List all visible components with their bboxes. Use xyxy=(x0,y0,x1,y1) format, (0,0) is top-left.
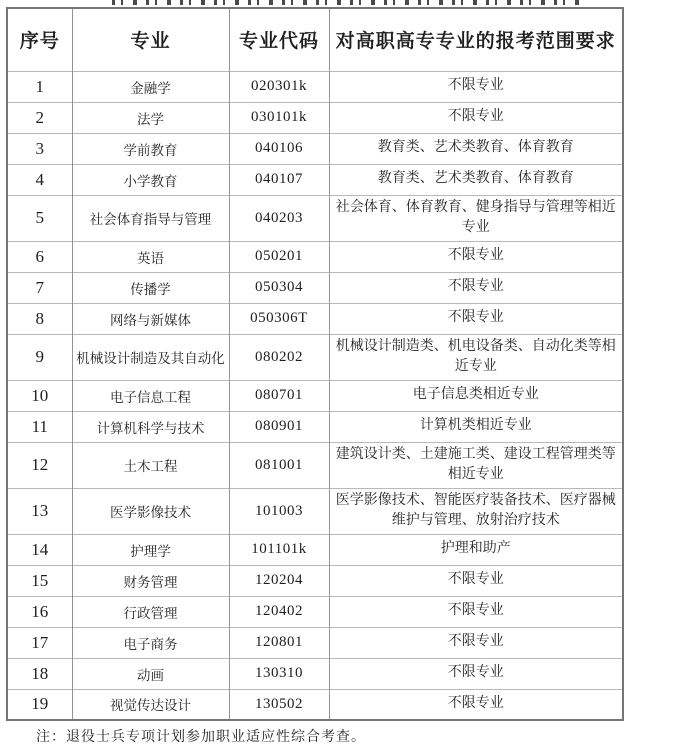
row-number-cell: 4 xyxy=(7,164,72,195)
code-cell: 120402 xyxy=(229,596,329,627)
scope-cell: 不限专业 xyxy=(329,102,623,133)
scope-cell: 电子信息类相近专业 xyxy=(329,380,623,411)
table-row: 15 财务管理 120204 不限专业 xyxy=(7,565,623,596)
scope-cell: 不限专业 xyxy=(329,71,623,102)
code-cell: 101003 xyxy=(229,488,329,534)
col-header-scope: 对高职高专专业的报考范围要求 xyxy=(329,8,623,71)
major-cell: 传播学 xyxy=(72,272,229,303)
row-number-cell: 3 xyxy=(7,133,72,164)
clipped-title-remnant xyxy=(112,0,588,5)
table-row: 6 英语 050201 不限专业 xyxy=(7,241,623,272)
code-cell: 080202 xyxy=(229,334,329,380)
major-cell: 护理学 xyxy=(72,534,229,565)
major-cell: 小学教育 xyxy=(72,164,229,195)
header-row: 序号 专业 专业代码 对高职高专专业的报考范围要求 xyxy=(7,8,623,71)
table-row: 11 计算机科学与技术 080901 计算机类相近专业 xyxy=(7,411,623,442)
row-number-cell: 1 xyxy=(7,71,72,102)
major-cell: 机械设计制造及其自动化 xyxy=(72,334,229,380)
table-row: 1 金融学 020301k 不限专业 xyxy=(7,71,623,102)
major-cell: 财务管理 xyxy=(72,565,229,596)
scope-cell: 不限专业 xyxy=(329,272,623,303)
scope-cell: 护理和助产 xyxy=(329,534,623,565)
code-cell: 050306T xyxy=(229,303,329,334)
code-cell: 050304 xyxy=(229,272,329,303)
table-row: 4 小学教育 040107 教育类、艺术类教育、体育教育 xyxy=(7,164,623,195)
code-cell: 050201 xyxy=(229,241,329,272)
row-number-cell: 11 xyxy=(7,411,72,442)
major-cell: 医学影像技术 xyxy=(72,488,229,534)
code-cell: 040107 xyxy=(229,164,329,195)
table-row: 17 电子商务 120801 不限专业 xyxy=(7,627,623,658)
table-row: 19 视觉传达设计 130502 不限专业 xyxy=(7,689,623,720)
major-cell: 视觉传达设计 xyxy=(72,689,229,720)
row-number-cell: 16 xyxy=(7,596,72,627)
majors-requirements-table: 序号 专业 专业代码 对高职高专专业的报考范围要求 1 金融学 020301k … xyxy=(6,7,624,721)
major-cell: 社会体育指导与管理 xyxy=(72,195,229,241)
row-number-cell: 6 xyxy=(7,241,72,272)
row-number-cell: 19 xyxy=(7,689,72,720)
table-row: 7 传播学 050304 不限专业 xyxy=(7,272,623,303)
scope-cell: 医学影像技术、智能医疗装备技术、医疗器械维护与管理、放射治疗技术 xyxy=(329,488,623,534)
scope-cell: 计算机类相近专业 xyxy=(329,411,623,442)
footnote: 注：退役士兵专项计划参加职业适应性综合考查。 xyxy=(36,726,366,746)
scope-cell: 社会体育、体育教育、健身指导与管理等相近专业 xyxy=(329,195,623,241)
row-number-cell: 8 xyxy=(7,303,72,334)
table-row: 13 医学影像技术 101003 医学影像技术、智能医疗装备技术、医疗器械维护与… xyxy=(7,488,623,534)
table-row: 9 机械设计制造及其自动化 080202 机械设计制造类、机电设备类、自动化类等… xyxy=(7,334,623,380)
row-number-cell: 18 xyxy=(7,658,72,689)
scope-cell: 建筑设计类、土建施工类、建设工程管理类等相近专业 xyxy=(329,442,623,488)
code-cell: 081001 xyxy=(229,442,329,488)
major-cell: 行政管理 xyxy=(72,596,229,627)
row-number-cell: 14 xyxy=(7,534,72,565)
major-cell: 英语 xyxy=(72,241,229,272)
table-row: 2 法学 030101k 不限专业 xyxy=(7,102,623,133)
major-cell: 动画 xyxy=(72,658,229,689)
row-number-cell: 5 xyxy=(7,195,72,241)
major-cell: 电子商务 xyxy=(72,627,229,658)
scope-cell: 不限专业 xyxy=(329,303,623,334)
table-row: 5 社会体育指导与管理 040203 社会体育、体育教育、健身指导与管理等相近专… xyxy=(7,195,623,241)
scope-cell: 不限专业 xyxy=(329,565,623,596)
row-number-cell: 13 xyxy=(7,488,72,534)
col-header-code: 专业代码 xyxy=(229,8,329,71)
table-row: 3 学前教育 040106 教育类、艺术类教育、体育教育 xyxy=(7,133,623,164)
scope-cell: 机械设计制造类、机电设备类、自动化类等相近专业 xyxy=(329,334,623,380)
major-cell: 计算机科学与技术 xyxy=(72,411,229,442)
major-cell: 学前教育 xyxy=(72,133,229,164)
major-cell: 法学 xyxy=(72,102,229,133)
code-cell: 120204 xyxy=(229,565,329,596)
code-cell: 130310 xyxy=(229,658,329,689)
row-number-cell: 10 xyxy=(7,380,72,411)
scope-cell: 不限专业 xyxy=(329,658,623,689)
table-row: 16 行政管理 120402 不限专业 xyxy=(7,596,623,627)
row-number-cell: 9 xyxy=(7,334,72,380)
table-row: 8 网络与新媒体 050306T 不限专业 xyxy=(7,303,623,334)
table-row: 14 护理学 101101k 护理和助产 xyxy=(7,534,623,565)
code-cell: 080901 xyxy=(229,411,329,442)
code-cell: 020301k xyxy=(229,71,329,102)
scope-cell: 不限专业 xyxy=(329,627,623,658)
code-cell: 080701 xyxy=(229,380,329,411)
code-cell: 120801 xyxy=(229,627,329,658)
code-cell: 040106 xyxy=(229,133,329,164)
major-cell: 土木工程 xyxy=(72,442,229,488)
major-cell: 金融学 xyxy=(72,71,229,102)
row-number-cell: 7 xyxy=(7,272,72,303)
code-cell: 040203 xyxy=(229,195,329,241)
row-number-cell: 2 xyxy=(7,102,72,133)
code-cell: 130502 xyxy=(229,689,329,720)
code-cell: 030101k xyxy=(229,102,329,133)
scope-cell: 不限专业 xyxy=(329,689,623,720)
table-row: 18 动画 130310 不限专业 xyxy=(7,658,623,689)
col-header-no: 序号 xyxy=(7,8,72,71)
scope-cell: 不限专业 xyxy=(329,241,623,272)
row-number-cell: 17 xyxy=(7,627,72,658)
major-cell: 电子信息工程 xyxy=(72,380,229,411)
scope-cell: 教育类、艺术类教育、体育教育 xyxy=(329,164,623,195)
col-header-major: 专业 xyxy=(72,8,229,71)
scope-cell: 不限专业 xyxy=(329,596,623,627)
row-number-cell: 12 xyxy=(7,442,72,488)
row-number-cell: 15 xyxy=(7,565,72,596)
major-cell: 网络与新媒体 xyxy=(72,303,229,334)
table-row: 10 电子信息工程 080701 电子信息类相近专业 xyxy=(7,380,623,411)
code-cell: 101101k xyxy=(229,534,329,565)
table-row: 12 土木工程 081001 建筑设计类、土建施工类、建设工程管理类等相近专业 xyxy=(7,442,623,488)
scope-cell: 教育类、艺术类教育、体育教育 xyxy=(329,133,623,164)
